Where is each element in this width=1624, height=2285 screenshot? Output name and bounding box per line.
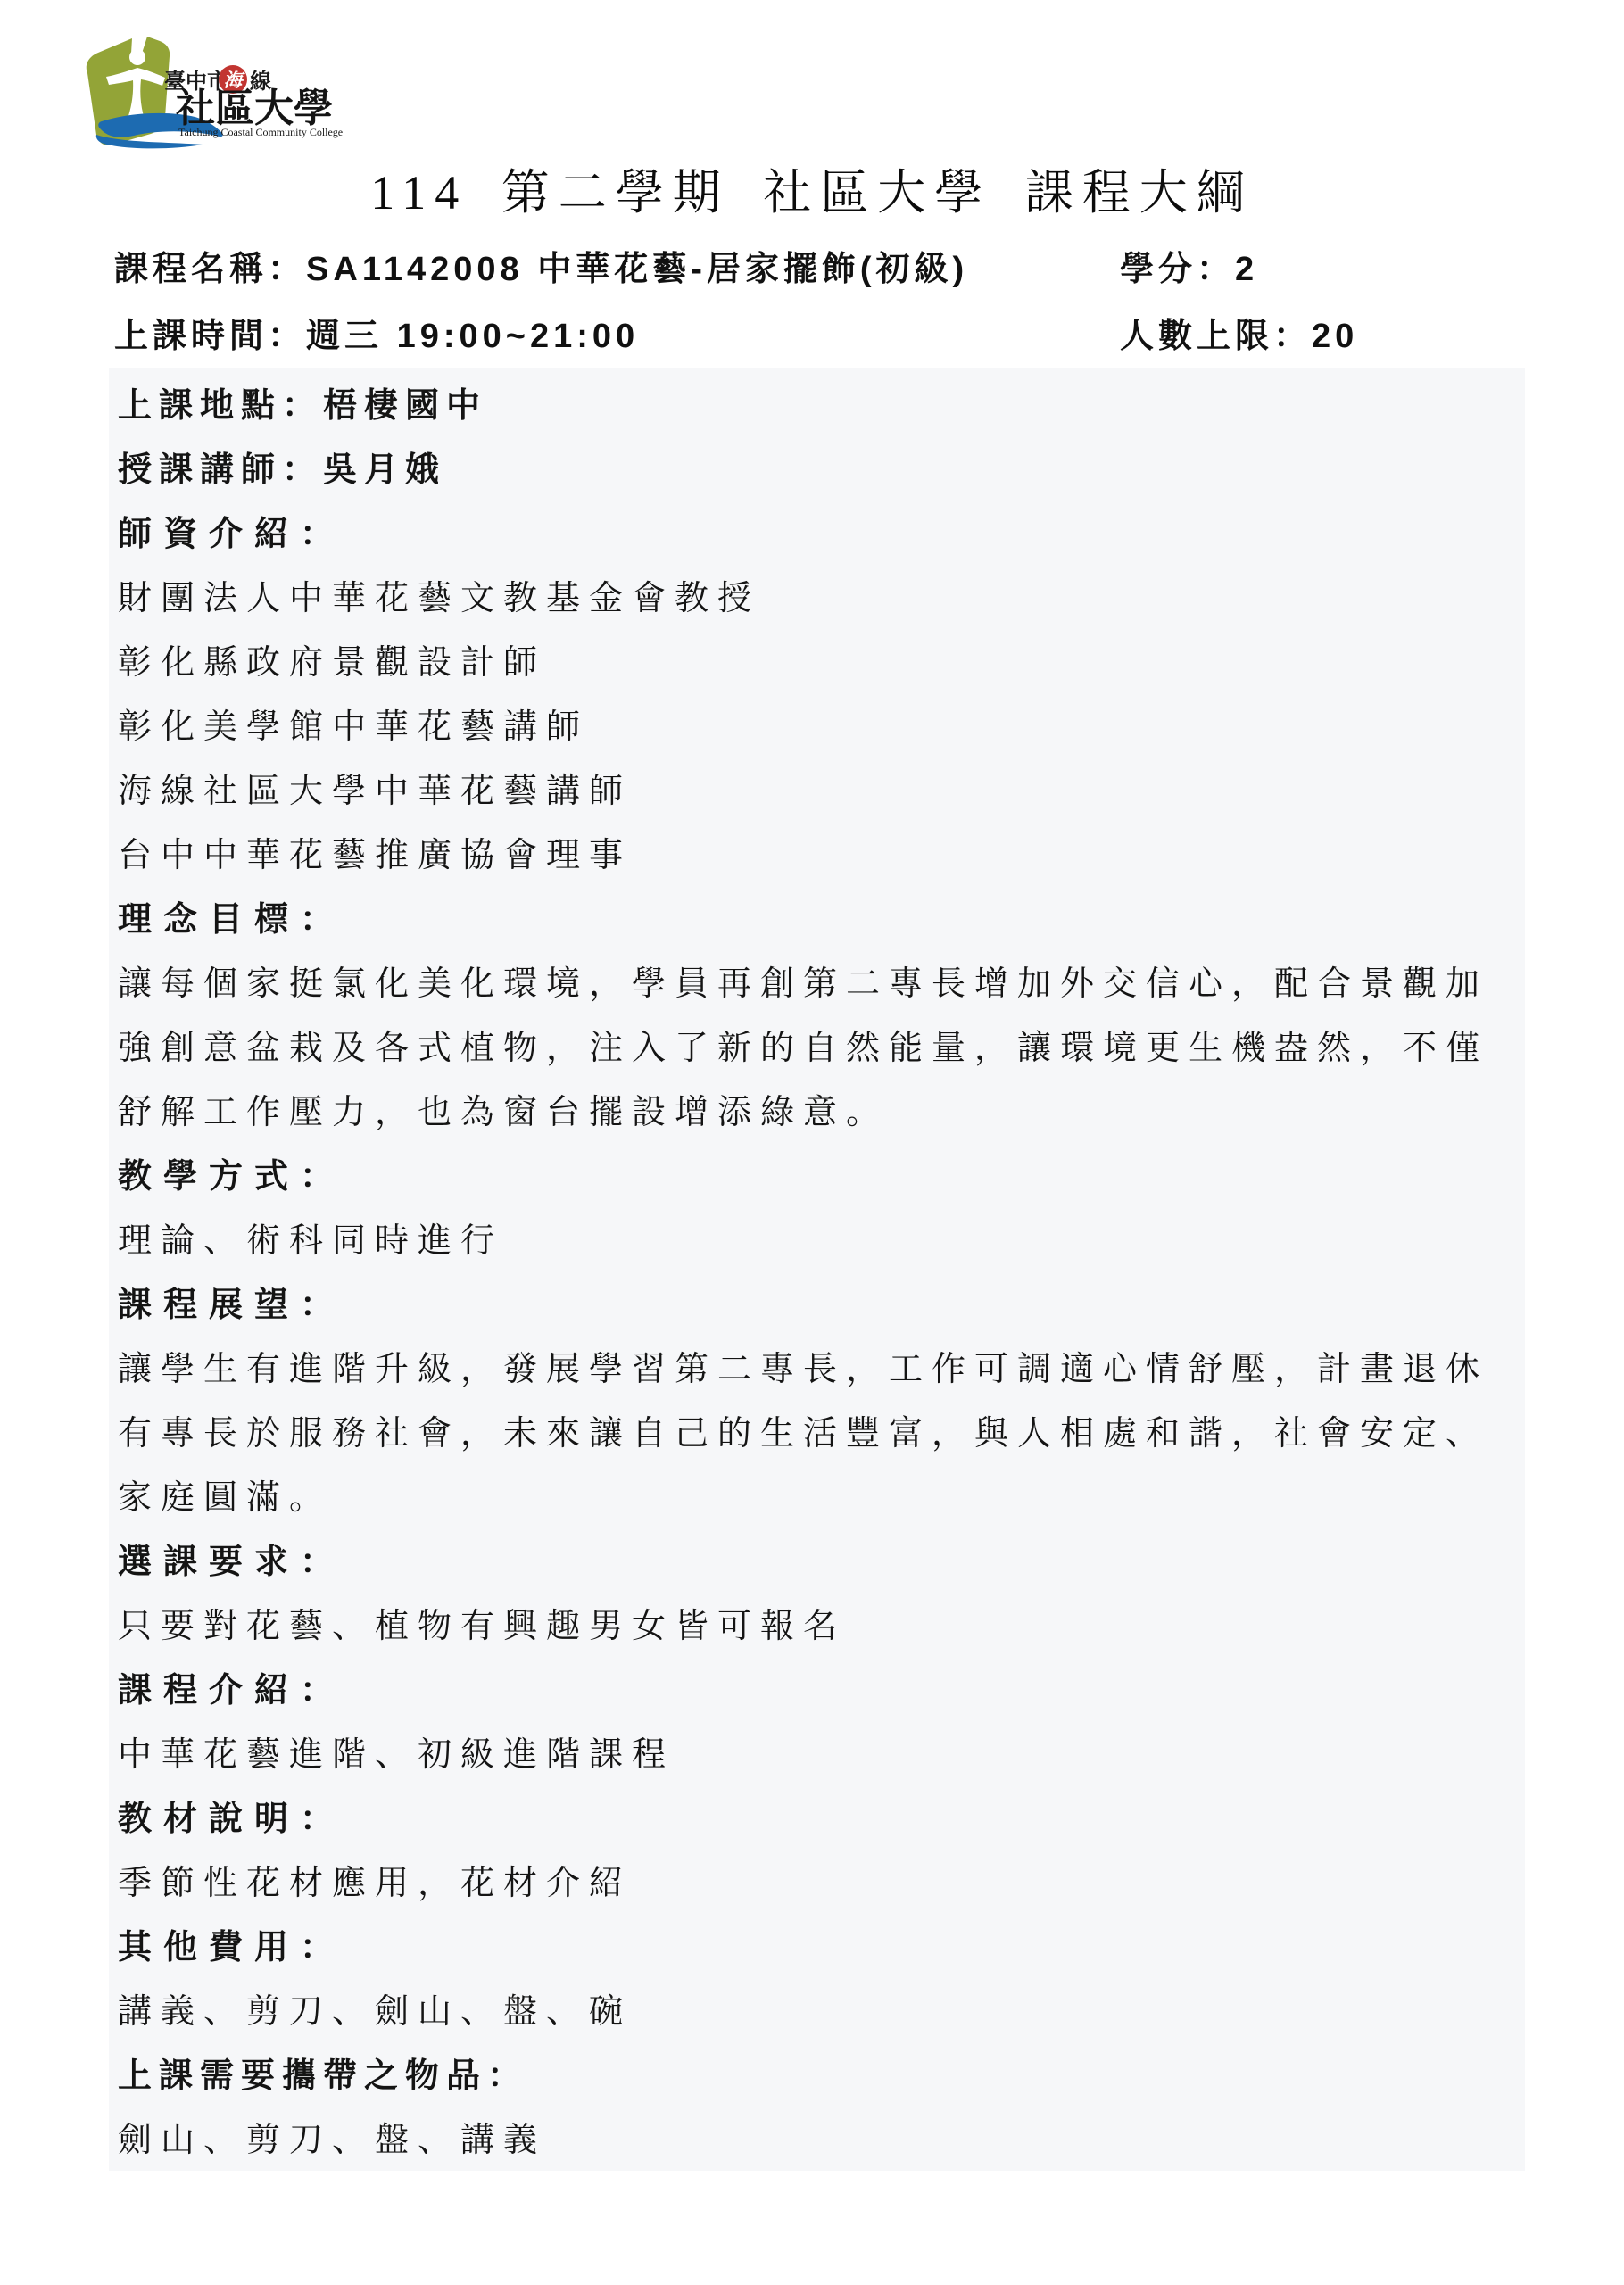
class-time-label: 上課時間	[114, 318, 268, 355]
body-line: 台中中華花藝推廣協會理事	[118, 824, 632, 888]
section-heading: 師資介紹：	[118, 502, 345, 567]
body-line: 只要對花藝、植物有興趣男女皆可報名	[118, 1594, 846, 1659]
colon: ：	[268, 251, 306, 288]
body-line: 海線社區大學中華花藝講師	[118, 759, 632, 824]
capacity-value: 20	[1312, 318, 1358, 355]
capacity-field: 人數上限：20	[1120, 313, 1358, 360]
body-line: 有專長於服務社會，未來讓自己的生活豐富，與人相處和諧，社會安定、	[118, 1402, 1488, 1466]
page-title: 114 第二學期 社區大學 課程大綱	[0, 164, 1624, 221]
course-name-field: 課程名稱：SA1142008 中華花藝-居家擺飾(初級)	[114, 246, 968, 293]
section-heading: 課程介紹：	[118, 1659, 345, 1723]
body-line: 彰化美學館中華花藝講師	[118, 695, 589, 759]
body-line: 講義、剪刀、劍山、盤、碗	[118, 1980, 632, 2044]
course-name-row: 課程名稱：SA1142008 中華花藝-居家擺飾(初級) 學分：2	[0, 246, 1624, 293]
class-time-field: 上課時間：週三 19:00~21:00	[114, 313, 639, 360]
capacity-label: 人數上限	[1120, 318, 1273, 355]
document-page: 臺中市 海 線 社區大學 Taichung Coastal Community …	[0, 0, 1624, 2285]
colon: ：	[1273, 318, 1312, 355]
credits-field: 學分：2	[1120, 246, 1258, 293]
credits-value: 2	[1235, 251, 1258, 288]
school-logo: 臺中市 海 線 社區大學 Taichung Coastal Community …	[57, 30, 357, 161]
section-heading: 教材說明：	[118, 1787, 345, 1851]
body-line: 舒解工作壓力，也為窗台擺設增添綠意。	[118, 1080, 889, 1145]
body-line: 讓學生有進階升級，發展學習第二專長，工作可調適心情舒壓，計畫退休	[118, 1337, 1488, 1402]
body-line: 財團法人中華花藝文教基金會教授	[118, 567, 760, 631]
body-line: 彰化縣政府景觀設計師	[118, 631, 546, 695]
colon: ：	[268, 318, 306, 355]
body-line: 讓每個家挺氯化美化環境，學員再創第二專長增加外交信心，配合景觀加	[118, 952, 1488, 1016]
section-heading: 理念目標：	[118, 888, 345, 952]
course-detail-panel: 上課地點：梧棲國中授課講師：吳月娥師資介紹：財團法人中華花藝文教基金會教授彰化縣…	[109, 368, 1525, 2171]
body-line: 強創意盆栽及各式植物，注入了新的自然能量，讓環境更生機盎然，不僅	[118, 1016, 1488, 1080]
class-time-value: 週三 19:00~21:00	[306, 318, 639, 355]
section-heading: 課程展望：	[118, 1273, 345, 1337]
course-name-label: 課程名稱	[114, 251, 268, 288]
course-name-value: SA1142008 中華花藝-居家擺飾(初級)	[306, 251, 968, 288]
section-heading: 其他費用：	[118, 1916, 345, 1980]
section-heading: 選課要求：	[118, 1530, 345, 1594]
body-line: 劍山、剪刀、盤、講義	[118, 2108, 546, 2173]
body-line: 中華花藝進階、初級進階課程	[118, 1723, 675, 1787]
colon: ：	[1197, 251, 1235, 288]
logo-school-name: 社區大學	[176, 87, 333, 130]
credits-label: 學分	[1120, 251, 1197, 288]
body-line: 季節性花材應用，花材介紹	[118, 1851, 632, 1916]
class-time-row: 上課時間：週三 19:00~21:00 人數上限：20	[0, 313, 1624, 360]
body-line: 理論、術科同時進行	[118, 1209, 503, 1273]
field-line: 上課地點：梧棲國中	[118, 374, 487, 438]
section-heading: 上課需要攜帶之物品：	[118, 2044, 528, 2108]
body-line: 家庭圓滿。	[118, 1466, 332, 1530]
field-line: 授課講師：吳月娥	[118, 438, 446, 502]
logo-english-name: Taichung Coastal Community College	[178, 126, 343, 138]
section-heading: 教學方式：	[118, 1145, 345, 1209]
